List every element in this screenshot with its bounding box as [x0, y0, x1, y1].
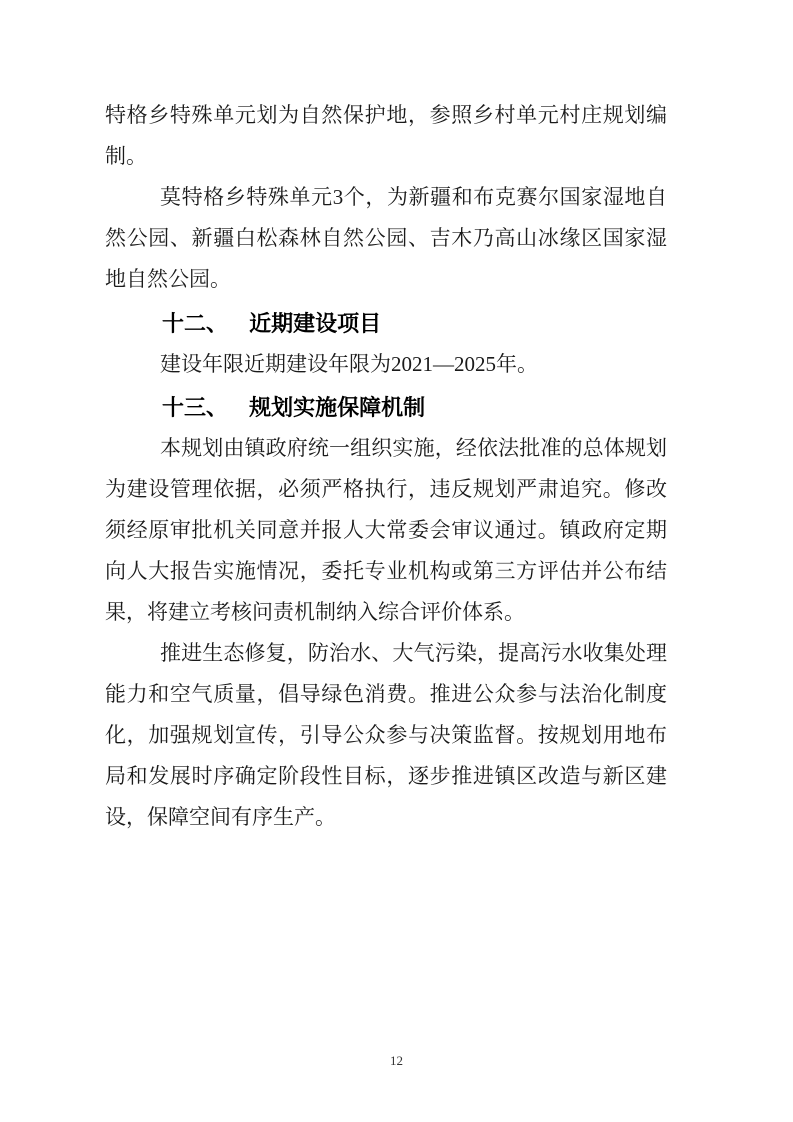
heading-13-title: 规划实施保障机制 — [249, 395, 425, 420]
heading-13-number: 十三、 — [162, 395, 228, 420]
page-footer: 12 — [0, 1052, 793, 1070]
heading-section-12: 十二、 近期建设项目 — [162, 304, 667, 344]
paragraph-ecology: 推进生态修复，防治水、大气污染，提高污水收集处理能力和空气质量，倡导绿色消费。推… — [105, 633, 667, 838]
paragraph-construction-period: 建设年限近期建设年限为2021—2025年。 — [105, 344, 667, 385]
document-content: 特格乡特殊单元划为自然保护地，参照乡村单元村庄规划编制。 莫特格乡特殊单元3个，… — [105, 0, 667, 838]
document-page: 特格乡特殊单元划为自然保护地，参照乡村单元村庄规划编制。 莫特格乡特殊单元3个，… — [0, 0, 793, 1122]
heading-12-title: 近期建设项目 — [249, 311, 381, 336]
heading-section-13: 十三、 规划实施保障机制 — [162, 388, 667, 428]
page-number: 12 — [390, 1053, 403, 1068]
heading-12-number: 十二、 — [162, 311, 228, 336]
paragraph-special-units: 莫特格乡特殊单元3个，为新疆和布克赛尔国家湿地自然公园、新疆白松森林自然公园、吉… — [105, 177, 667, 300]
paragraph-continuation: 特格乡特殊单元划为自然保护地，参照乡村单元村庄规划编制。 — [105, 95, 667, 177]
paragraph-implementation: 本规划由镇政府统一组织实施，经依法批准的总体规划为建设管理依据，必须严格执行，违… — [105, 428, 667, 633]
